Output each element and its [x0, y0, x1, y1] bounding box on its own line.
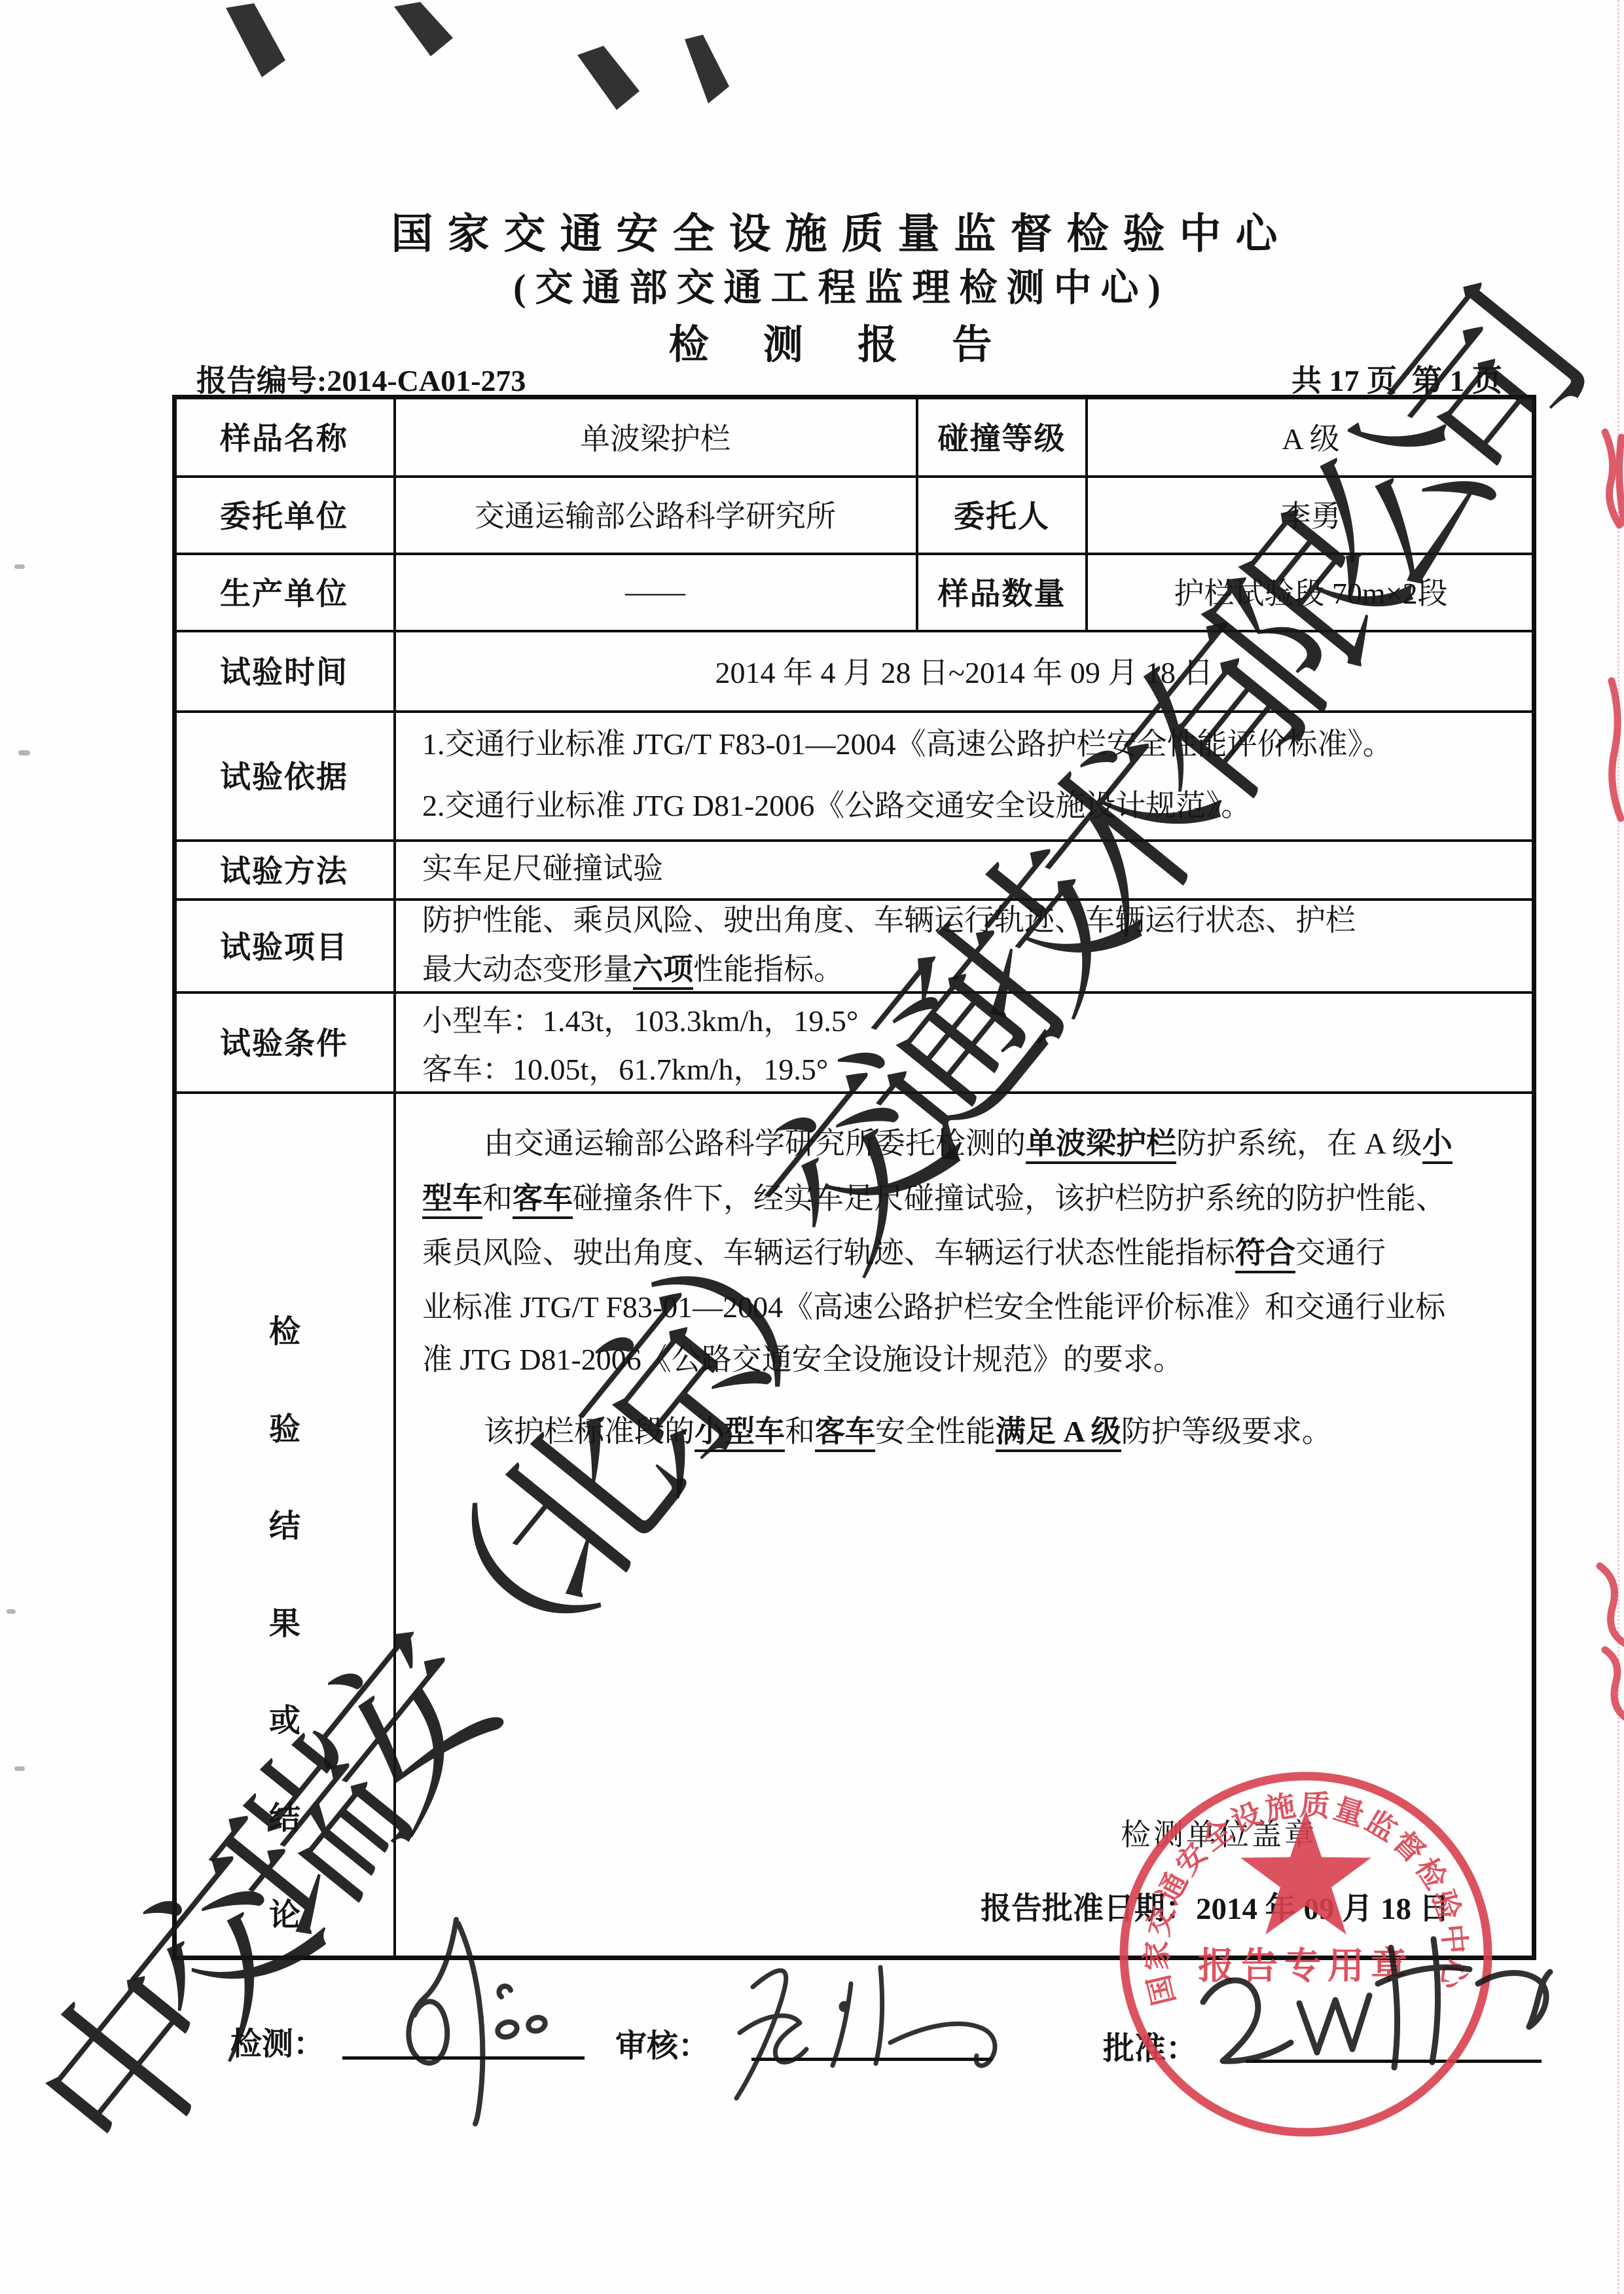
label-sample-name: 样品名称	[175, 397, 393, 475]
conditions-line-1: 小型车：1.43t，103.3km/h，19.5°	[422, 1003, 858, 1040]
text-segment: 业标准 JTG/T F83-01—2004《高速公路护栏安全性能评价标准》和交通…	[422, 1290, 1445, 1324]
sign-approve-label: 批准：	[1103, 2023, 1197, 2068]
label-test-method: 试验方法	[175, 839, 393, 898]
vertical-label-char: 验	[269, 1404, 300, 1449]
value-client-unit: 交通运输部公路科学研究所	[395, 475, 916, 553]
pagination: 共 17 页 第 1 页	[1178, 357, 1502, 400]
report-center-title: 国家交通安全设施质量监督检验中心	[59, 200, 1624, 261]
label-client-person: 委托人	[918, 475, 1085, 553]
result-label-vertical: 检验结果或结论	[175, 1306, 395, 1935]
red-stamp-fragment-right	[1600, 432, 1624, 1718]
value-sample-name: 单波梁护栏	[395, 397, 916, 475]
label-sample-qty: 样品数量	[918, 553, 1085, 630]
sign-review-label: 审核：	[615, 2020, 710, 2066]
scan-speck	[14, 1766, 25, 1771]
value-test-time: 2014 年 4 月 28 日~2014 年 09 月 18 日	[395, 630, 1534, 710]
seal-caption: 检测单位盖章	[1121, 1817, 1317, 1853]
result-para1-line3: 乘员风险、驶出角度、车辆运行轨迹、车辆运行状态性能指标符合交通行	[422, 1235, 1386, 1271]
vertical-label-char: 论	[269, 1889, 300, 1935]
basis-line-2: 2.交通行业标准 JTG D81-2006《公路交通安全设施设计规范》。	[422, 788, 1251, 824]
label-test-basis: 试验依据	[175, 710, 393, 839]
text-segment: 客车	[815, 1415, 875, 1452]
result-para1-line1: 由交通运输部公路科学研究所委托检测的单波梁护栏防护系统，在 A 级小	[484, 1125, 1453, 1162]
text-segment: 符合	[1235, 1236, 1295, 1273]
text-segment: 碰撞条件下，经实车足尺碰撞试验，该护栏防护系统的防护性能、	[573, 1182, 1446, 1215]
result-para1-line2: 型车和客车碰撞条件下，经实车足尺碰撞试验，该护栏防护系统的防护性能、	[422, 1180, 1446, 1217]
items-line-1: 防护性能、乘员风险、驶出角度、车辆运行轨迹、车辆运行状态、护栏	[422, 902, 1356, 939]
text-segment: 性能指标。	[693, 953, 844, 986]
label-test-conditions: 试验条件	[175, 991, 393, 1091]
result-para1-line5: 准 JTG D81-2006《公路交通安全设施设计规范》的要求。	[422, 1341, 1183, 1378]
text-segment: 防护等级要求。	[1121, 1415, 1332, 1448]
text-segment: 六项	[633, 953, 693, 990]
vertical-label-char: 果	[269, 1598, 300, 1643]
value-crash-grade: A 级	[1088, 397, 1534, 475]
sign-review-line	[751, 2058, 992, 2061]
text-segment: 满足 A 级	[996, 1415, 1121, 1452]
value-producer: ——	[395, 553, 916, 630]
label-crash-grade: 碰撞等级	[918, 397, 1085, 475]
text-segment: 该护栏标准段的	[484, 1415, 695, 1448]
text-segment: 由交通运输部公路科学研究所委托检测的	[484, 1127, 1026, 1160]
text-segment: 单波梁护栏	[1026, 1127, 1176, 1164]
text-segment: 和	[482, 1182, 513, 1215]
row-divider	[175, 1091, 1534, 1094]
text-segment: 小	[1422, 1127, 1453, 1164]
label-producer: 生产单位	[175, 553, 393, 630]
scanned-report-page: 国家交通安全设施质量监督检验中心 (交通部交通工程监理检测中心) 检 测 报 告…	[0, 0, 1624, 2294]
result-para2: 该护栏标准段的小型车和客车安全性能满足 A 级防护等级要求。	[484, 1413, 1332, 1450]
vertical-label-char: 或	[269, 1695, 300, 1740]
signature-review	[736, 1967, 995, 2098]
text-segment: 客车	[513, 1182, 573, 1219]
conditions-line-2: 客车：10.05t，61.7km/h，19.5°	[422, 1051, 828, 1088]
text-segment: 防护系统，在 A 级	[1176, 1127, 1422, 1160]
result-para1-line4: 业标准 JTG/T F83-01—2004《高速公路护栏安全性能评价标准》和交通…	[422, 1289, 1445, 1326]
scan-speck	[14, 564, 25, 569]
basis-line-1: 1.交通行业标准 JTG/T F83-01—2004《高速公路护栏安全性能评价标…	[422, 726, 1393, 763]
sign-approve-line	[1246, 2060, 1542, 2063]
value-test-method: 实车足尺碰撞试验	[422, 850, 663, 887]
text-segment: 乘员风险、驶出角度、车辆运行轨迹、车辆运行状态性能指标	[422, 1236, 1235, 1269]
scan-edge-artifact	[1617, 0, 1619, 2294]
text-segment: 型车	[422, 1182, 482, 1219]
label-client-unit: 委托单位	[175, 475, 393, 553]
text-segment: 小型车	[695, 1415, 785, 1452]
text-segment: 安全性能	[875, 1415, 996, 1448]
sign-test-line	[342, 2056, 585, 2060]
items-line-2: 最大动态变形量六项性能指标。	[422, 951, 844, 988]
vertical-label-char: 检	[269, 1306, 300, 1351]
sign-test-label: 检测：	[230, 2018, 325, 2064]
label-test-items: 试验项目	[175, 898, 393, 991]
vertical-label-char: 结	[269, 1793, 300, 1838]
report-sub-title: (交通部交通工程监理检测中心)	[59, 257, 1624, 312]
text-segment: 交通行	[1295, 1236, 1386, 1269]
text-segment: 最大动态变形量	[422, 953, 633, 986]
label-test-time: 试验时间	[175, 630, 393, 710]
approve-date: 报告批准日期：2014 年 09 月 18 日	[981, 1891, 1450, 1927]
value-client-person: 李勇	[1088, 475, 1534, 553]
scan-speck	[7, 1609, 16, 1614]
report-number: 报告编号:2014-CA01-273	[196, 357, 526, 400]
vertical-label-char: 结	[269, 1501, 300, 1546]
text-segment: 准 JTG D81-2006《公路交通安全设施设计规范》的要求。	[422, 1343, 1183, 1376]
scan-speck	[18, 750, 30, 756]
value-sample-qty: 护栏试验段 70m×2段	[1088, 553, 1534, 630]
text-segment: 和	[785, 1415, 815, 1448]
watermark-fragment-top	[226, 2, 729, 110]
